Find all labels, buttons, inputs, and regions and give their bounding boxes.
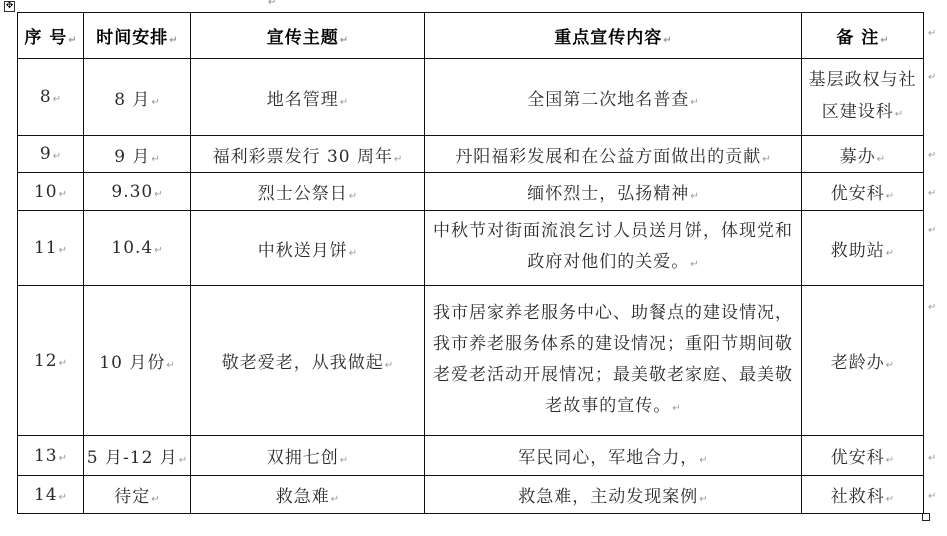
cell-theme[interactable]: 救急难↵: [191, 476, 425, 514]
cell-no[interactable]: 13↵: [18, 436, 84, 476]
cell-content[interactable]: 军民同心，军地合力，↵: [425, 436, 802, 476]
paragraph-mark-icon: ↵: [268, 0, 276, 8]
header-time: 时间安排↵: [84, 13, 191, 59]
row-end-mark-icon: ↵: [928, 491, 936, 502]
table-row: 8↵ 8 月↵ 地名管理↵ 全国第二次地名普查↵ 基层政权与社区建设科↵: [18, 59, 924, 136]
cell-remark[interactable]: 老龄办↵: [802, 286, 924, 436]
cell-theme[interactable]: 双拥七创↵: [191, 436, 425, 476]
cell-no[interactable]: 14↵: [18, 476, 84, 514]
table-row: 10↵ 9.30↵ 烈士公祭日↵ 缅怀烈士，弘扬精神↵ 优安科↵: [18, 173, 924, 211]
row-end-mark-icon: ↵: [928, 188, 936, 199]
cell-content[interactable]: 救急难，主动发现案例↵: [425, 476, 802, 514]
table-row: 13↵ 5 月-12 月↵ 双拥七创↵ 军民同心，军地合力，↵ 优安科↵: [18, 436, 924, 476]
cell-content[interactable]: 中秋节对街面流浪乞讨人员送月饼，体现党和政府对他们的关爱。↵: [425, 211, 802, 286]
cell-time[interactable]: 9 月↵: [84, 136, 191, 173]
table-move-handle-icon[interactable]: ✥: [4, 1, 15, 12]
table-row: 14↵ 待定↵ 救急难↵ 救急难，主动发现案例↵ 社救科↵: [18, 476, 924, 514]
cell-time[interactable]: 5 月-12 月↵: [84, 436, 191, 476]
cell-time[interactable]: 9.30↵: [84, 173, 191, 211]
cell-content[interactable]: 缅怀烈士，弘扬精神↵: [425, 173, 802, 211]
cell-no[interactable]: 8↵: [18, 59, 84, 136]
cell-no[interactable]: 11↵: [18, 211, 84, 286]
table-header-row: 序 号↵ 时间安排↵ 宣传主题↵ 重点宣传内容↵ 备 注↵: [18, 13, 924, 59]
cell-theme[interactable]: 烈士公祭日↵: [191, 173, 425, 211]
cell-remark[interactable]: 社救科↵: [802, 476, 924, 514]
table-row: 12↵ 10 月份↵ 敬老爱老，从我做起↵ 我市居家养老服务中心、助餐点的建设情…: [18, 286, 924, 436]
cell-no[interactable]: 12↵: [18, 286, 84, 436]
header-content: 重点宣传内容↵: [425, 13, 802, 59]
cell-remark[interactable]: 募办↵: [802, 136, 924, 173]
cell-remark[interactable]: 基层政权与社区建设科↵: [802, 59, 924, 136]
cell-time[interactable]: 10 月份↵: [84, 286, 191, 436]
cell-content[interactable]: 我市居家养老服务中心、助餐点的建设情况，我市养老服务体系的建设情况；重阳节期间敬…: [425, 286, 802, 436]
publicity-schedule-table: 序 号↵ 时间安排↵ 宣传主题↵ 重点宣传内容↵ 备 注↵ 8↵ 8 月↵ 地名…: [17, 12, 924, 514]
table-resize-handle[interactable]: [922, 513, 930, 521]
table-row: 9↵ 9 月↵ 福利彩票发行 30 周年↵ 丹阳福彩发展和在公益方面做出的贡献↵…: [18, 136, 924, 173]
cell-time[interactable]: 10.4↵: [84, 211, 191, 286]
header-no: 序 号↵: [18, 13, 84, 59]
header-remark: 备 注↵: [802, 13, 924, 59]
cell-no[interactable]: 10↵: [18, 173, 84, 211]
cell-remark[interactable]: 优安科↵: [802, 173, 924, 211]
cell-no[interactable]: 9↵: [18, 136, 84, 173]
cell-content[interactable]: 全国第二次地名普查↵: [425, 59, 802, 136]
cell-theme[interactable]: 地名管理↵: [191, 59, 425, 136]
row-end-mark-icon: ↵: [928, 150, 936, 161]
cell-remark[interactable]: 救助站↵: [802, 211, 924, 286]
row-end-mark-icon: ↵: [928, 28, 936, 39]
cell-time[interactable]: 待定↵: [84, 476, 191, 514]
row-end-mark-icon: ↵: [928, 302, 936, 313]
row-end-mark-icon: ↵: [928, 72, 936, 83]
cell-remark[interactable]: 优安科↵: [802, 436, 924, 476]
cell-theme[interactable]: 福利彩票发行 30 周年↵: [191, 136, 425, 173]
row-end-mark-icon: ↵: [928, 453, 936, 464]
cell-content[interactable]: 丹阳福彩发展和在公益方面做出的贡献↵: [425, 136, 802, 173]
row-end-mark-icon: ↵: [928, 225, 936, 236]
cell-theme[interactable]: 中秋送月饼↵: [191, 211, 425, 286]
header-theme: 宣传主题↵: [191, 13, 425, 59]
table-row: 11↵ 10.4↵ 中秋送月饼↵ 中秋节对街面流浪乞讨人员送月饼，体现党和政府对…: [18, 211, 924, 286]
cell-theme[interactable]: 敬老爱老，从我做起↵: [191, 286, 425, 436]
cell-time[interactable]: 8 月↵: [84, 59, 191, 136]
